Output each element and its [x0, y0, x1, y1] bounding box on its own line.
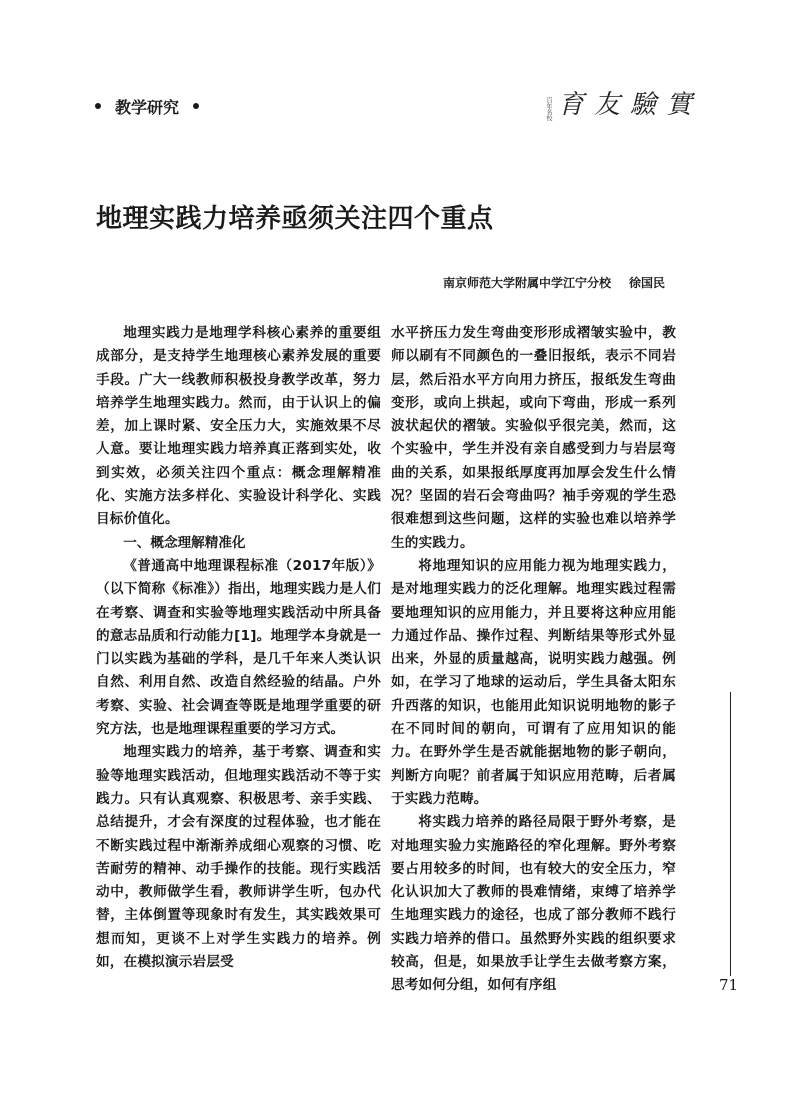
article-body: 地理实践力是地理学科核心素养的重要组成部分，是支持学生地理核心素养发展的重要手段…	[96, 322, 676, 998]
section-label: 教学研究	[115, 95, 179, 118]
margin-rule	[730, 692, 731, 976]
journal-masthead: 百年名校 育友驗實	[545, 84, 702, 121]
paragraph: 《普通高中地理课程标准（2017年版）》（以下简称《标准》）指出，地理实践力是人…	[96, 555, 381, 741]
section-heading: 一、概念理解精准化	[96, 532, 381, 555]
paragraph: 地理实践力是地理学科核心素养的重要组成部分，是支持学生地理核心素养发展的重要手段…	[96, 322, 381, 532]
byline: 南京师范大学附属中学江宁分校 徐国民	[443, 274, 665, 291]
author-name: 徐国民	[629, 274, 665, 291]
left-column: 地理实践力是地理学科核心素养的重要组成部分，是支持学生地理核心素养发展的重要手段…	[96, 322, 381, 998]
paragraph: 将实践力培养的路径局限于野外考察，是对地理实验力实施路径的窄化理解。野外考察要占…	[391, 811, 676, 997]
masthead-subtitle: 百年名校	[545, 97, 552, 121]
section-header: 教学研究	[95, 92, 199, 120]
right-column: 水平挤压力发生弯曲变形形成褶皱实验中，教师以刷有不同颜色的一叠旧报纸，表示不同岩…	[391, 322, 676, 998]
paragraph-continued: 水平挤压力发生弯曲变形形成褶皱实验中，教师以刷有不同颜色的一叠旧报纸，表示不同岩…	[391, 322, 676, 555]
article-title: 地理实践力培养亟须关注四个重点	[96, 198, 494, 235]
author-affiliation: 南京师范大学附属中学江宁分校	[443, 274, 611, 291]
bullet-icon	[95, 103, 101, 109]
paragraph: 地理实践力的培养，基于考察、调查和实验等地理实践活动，但地理实践活动不等于实践力…	[96, 741, 381, 974]
page-number: 71	[719, 976, 738, 994]
masthead-title: 育友驗實	[558, 84, 702, 121]
paragraph: 将地理知识的应用能力视为地理实践力，是对地理实践力的泛化理解。地理实践过程需要地…	[391, 555, 676, 811]
bullet-icon	[193, 103, 199, 109]
